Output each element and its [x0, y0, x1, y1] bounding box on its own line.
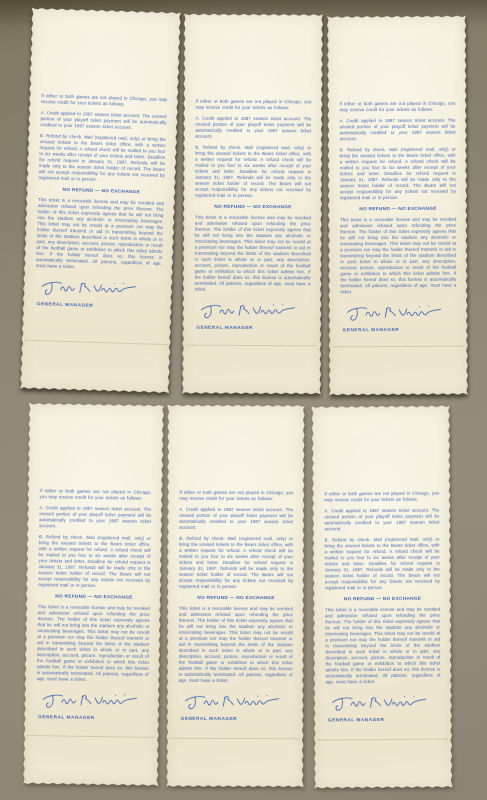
- signer-title: GENERAL MANAGER: [181, 716, 293, 722]
- general-manager-signature: [37, 276, 142, 303]
- no-refund-heading: NO REFUND — NO EXCHANGE: [325, 597, 440, 604]
- general-manager-signature: [196, 300, 300, 325]
- ticket-text-block: If either or both games are not played i…: [182, 14, 323, 395]
- credit-option-text: A. Credit applied to 1987 season ticket …: [39, 505, 151, 531]
- ticket-3: If either or both games are not played i…: [327, 16, 468, 396]
- no-refund-heading: NO REFUND — NO EXCHANGE: [38, 187, 164, 197]
- cancellation-notice-text: If either or both games are not played i…: [39, 488, 151, 502]
- general-manager-signature: [343, 302, 447, 327]
- no-refund-heading: NO REFUND — NO EXCHANGE: [38, 594, 150, 602]
- ticket-text-block: If either or both games are not played i…: [327, 16, 468, 396]
- license-terms-text: This ticket is a revocable license and m…: [37, 604, 150, 684]
- signer-title: GENERAL MANAGER: [37, 301, 161, 311]
- refund-option-text: B. Refund by check. Mail (registered mai…: [325, 537, 440, 592]
- ticket-text-block: If either or both games are not played i…: [166, 405, 304, 787]
- no-refund-heading: NO REFUND — NO EXCHANGE: [340, 207, 456, 214]
- license-terms-text: This ticket is a revocable license and m…: [340, 217, 456, 296]
- photo-background: If either or both games are not played i…: [0, 0, 487, 800]
- refund-option-text: B. Refund by check. Mail (registered mai…: [195, 145, 311, 200]
- signature-ink-icon: [328, 692, 432, 717]
- ticket-text-block: If either or both games are not played i…: [20, 8, 181, 393]
- refund-option-text: B. Refund by check. Mail (registered mai…: [39, 133, 166, 185]
- ticket-paper: If either or both games are not played i…: [182, 14, 323, 395]
- cancellation-notice-text: If either or both games are not played i…: [339, 101, 455, 114]
- ticket-6: If either or both games are not played i…: [312, 406, 453, 789]
- general-manager-signature: [38, 689, 142, 715]
- credit-option-text: A. Credit applied to 1987 season ticket …: [179, 507, 293, 531]
- ticket-5: If either or both games are not played i…: [166, 405, 304, 787]
- ticket-paper: If either or both games are not played i…: [23, 403, 164, 786]
- signature-ink-icon: [343, 302, 447, 327]
- refund-option-text: B. Refund by check. Mail (registered mai…: [179, 536, 293, 590]
- no-refund-heading: NO REFUND — NO EXCHANGE: [179, 596, 293, 602]
- cancellation-notice-text: If either or both games are not played i…: [195, 99, 311, 112]
- signer-title: GENERAL MANAGER: [196, 325, 310, 332]
- cancellation-notice-text: If either or both games are not played i…: [179, 490, 293, 502]
- signer-title: GENERAL MANAGER: [343, 327, 457, 334]
- general-manager-signature: [328, 692, 432, 717]
- no-refund-heading: NO REFUND — NO EXCHANGE: [195, 205, 311, 212]
- license-terms-text: This ticket is a revocable license and m…: [195, 215, 311, 294]
- signature-ink-icon: [38, 689, 142, 715]
- ticket-paper: If either or both games are not played i…: [20, 8, 181, 393]
- ticket-paper: If either or both games are not played i…: [327, 16, 468, 396]
- ticket-paper: If either or both games are not played i…: [312, 406, 453, 789]
- credit-option-text: A. Credit applied to 1987 season ticket …: [195, 116, 311, 141]
- signer-title: GENERAL MANAGER: [38, 714, 148, 722]
- signer-title: GENERAL MANAGER: [328, 717, 441, 724]
- license-terms-text: This ticket is a revocable license and m…: [179, 606, 293, 684]
- ticket-text-block: If either or both games are not played i…: [312, 406, 453, 789]
- signature-ink-icon: [181, 691, 285, 715]
- ticket-4: If either or both games are not played i…: [23, 403, 164, 786]
- cancellation-notice-text: If either or both games are not played i…: [41, 93, 167, 109]
- refund-option-text: B. Refund by check. Mail (registered mai…: [38, 534, 151, 590]
- general-manager-signature: [181, 691, 285, 715]
- ticket-2: If either or both games are not played i…: [182, 14, 323, 395]
- signature-ink-icon: [196, 300, 300, 325]
- ticket-1: If either or both games are not played i…: [20, 8, 181, 393]
- ticket-text-block: If either or both games are not played i…: [23, 403, 164, 786]
- credit-option-text: A. Credit applied to 1987 season ticket …: [340, 118, 456, 143]
- credit-option-text: A. Credit applied to 1987 season ticket …: [40, 110, 167, 132]
- signature-ink-icon: [37, 276, 142, 303]
- refund-option-text: B. Refund by check. Mail (registered mai…: [340, 147, 456, 202]
- credit-option-text: A. Credit applied to 1987 season ticket …: [324, 508, 439, 533]
- license-terms-text: This ticket is a revocable license and m…: [325, 607, 441, 686]
- license-terms-text: This ticket is a revocable license and m…: [36, 197, 164, 273]
- cancellation-notice-text: If either or both games are not played i…: [324, 491, 439, 504]
- ticket-paper: If either or both games are not played i…: [166, 405, 304, 787]
